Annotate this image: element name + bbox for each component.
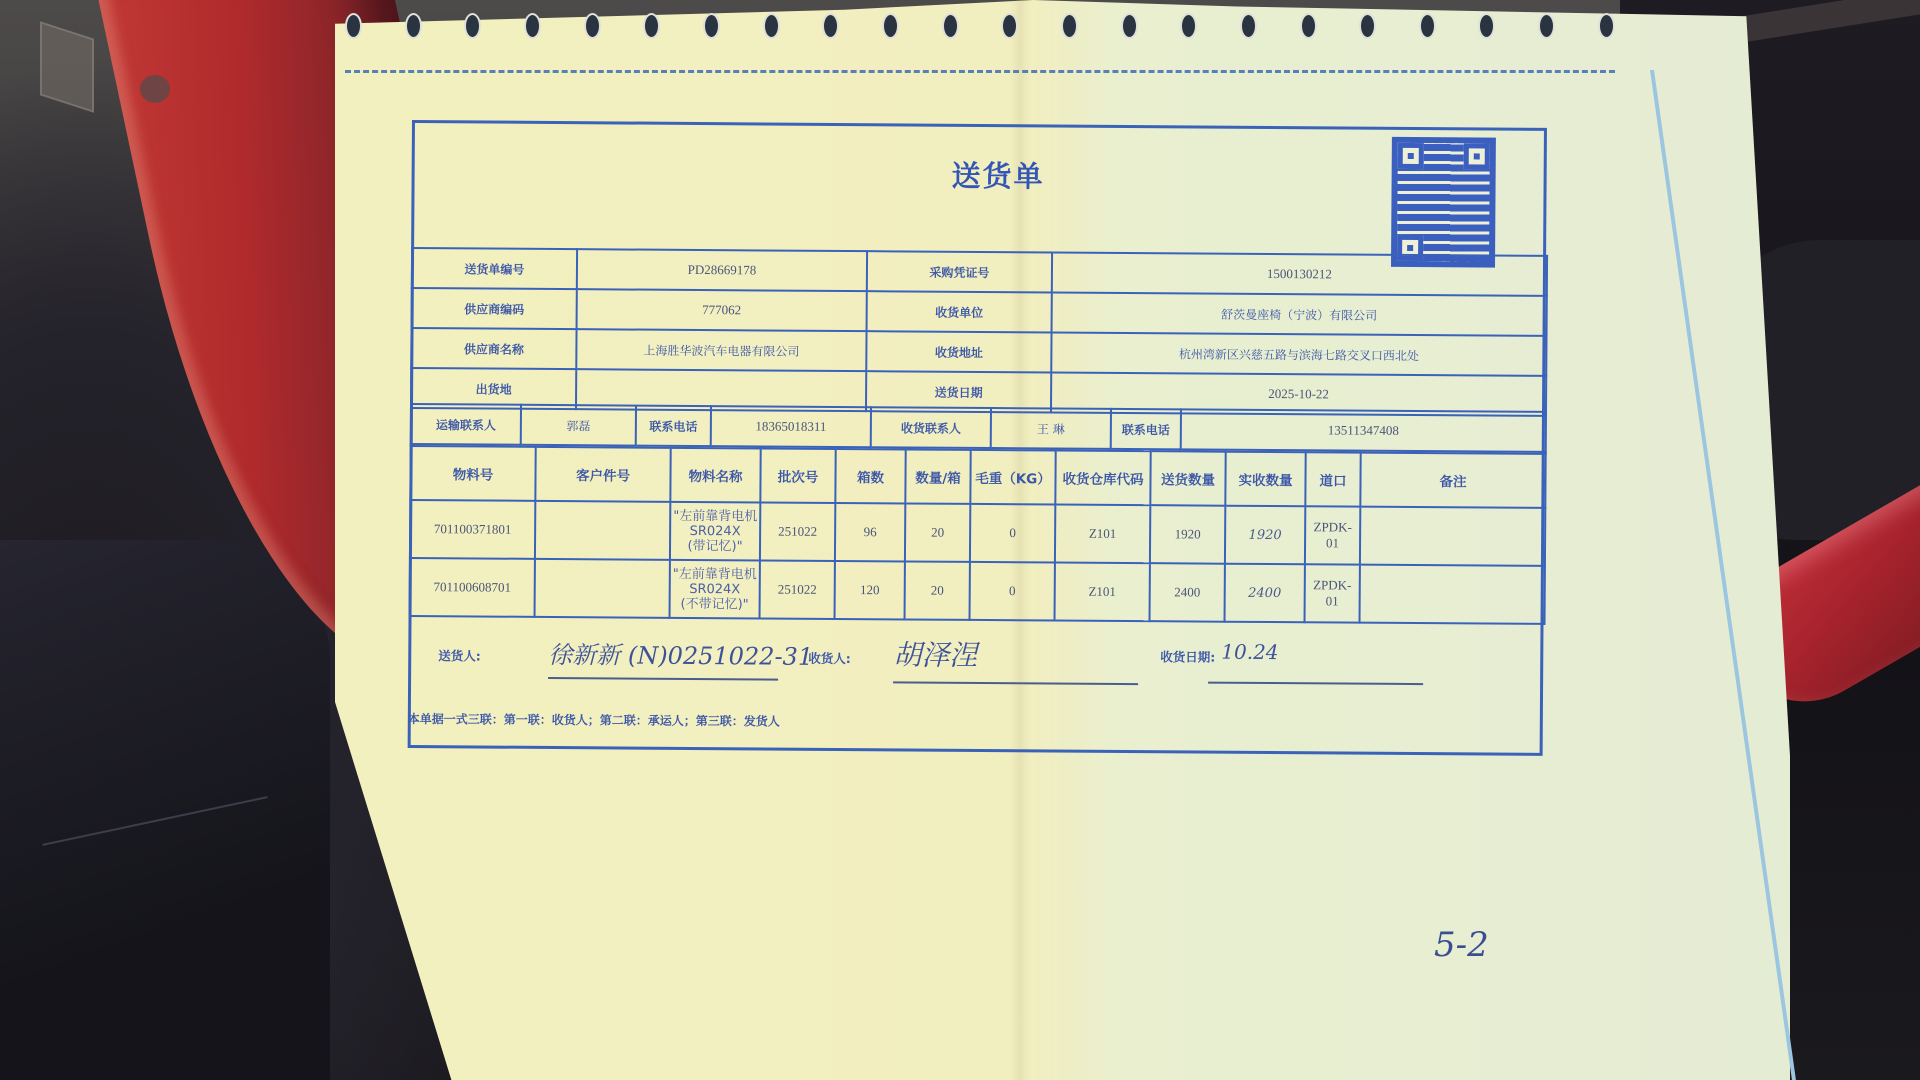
material-number: 701100371801 — [410, 500, 535, 559]
feed-hole — [1061, 13, 1078, 39]
feed-hole — [584, 13, 601, 39]
field-label: 供应商编码 — [412, 288, 577, 329]
table-row: 701100371801 "左前靠背电机 SR024X (带记忆)" 25102… — [410, 500, 1545, 566]
column-header: 物料名称 — [670, 448, 760, 503]
phone-label: 联系电话 — [636, 406, 711, 447]
handwritten-page-mark: 5-2 — [1434, 925, 1489, 965]
table-row: 701100608701 "左前靠背电机 SR024X (不带记忆)" 2510… — [410, 558, 1545, 624]
delivered-quantity: 2400 — [1150, 563, 1225, 622]
receiver-signature-line — [893, 681, 1138, 685]
column-header: 毛重（KG） — [970, 450, 1055, 505]
warehouse-code: Z101 — [1055, 562, 1150, 621]
received-quantity-handwritten: 2400 — [1225, 564, 1305, 623]
remark — [1360, 507, 1545, 566]
receive-date-label: 收货日期: — [1160, 647, 1215, 665]
receiver-phone: 13511347408 — [1181, 409, 1546, 452]
feed-hole — [524, 13, 541, 39]
column-header: 箱数 — [835, 449, 905, 503]
column-header: 数量/箱 — [905, 449, 970, 503]
receiver-contact-label: 收货联系人 — [871, 407, 991, 448]
phone-label: 联系电话 — [1111, 409, 1181, 449]
batch-number: 251022 — [760, 502, 835, 561]
gross-weight: 0 — [970, 562, 1055, 621]
column-header: 收货仓库代码 — [1055, 451, 1150, 506]
column-header: 送货数量 — [1150, 451, 1225, 506]
items-table: 物料号 客户件号 物料名称 批次号 箱数 数量/箱 毛重（KG） 收货仓库代码 … — [409, 445, 1547, 625]
feed-hole — [703, 13, 720, 39]
qr-code-icon — [1391, 137, 1496, 268]
delivery-note-form: 送货单 送货单编号 PD28669178 采购凭证号 1500130212 供应… — [408, 120, 1547, 756]
customer-part-number — [535, 501, 670, 560]
material-number: 701100608701 — [410, 558, 535, 617]
feed-hole — [882, 13, 899, 39]
material-name: "左前靠背电机 SR024X (不带记忆)" — [670, 560, 760, 619]
receive-date-value: 10.24 — [1221, 640, 1278, 664]
transport-contact-value: 郭磊 — [521, 405, 636, 446]
feed-hole — [1180, 13, 1197, 39]
tractor-feed-holes — [345, 6, 1615, 46]
items-header-row: 物料号 客户件号 物料名称 批次号 箱数 数量/箱 毛重（KG） 收货仓库代码 … — [410, 446, 1545, 508]
feed-hole — [1419, 13, 1436, 39]
supplier-code: 777062 — [577, 289, 867, 331]
feed-hole — [1300, 13, 1317, 39]
purchase-order-number: 1500130212 — [1052, 252, 1547, 295]
deliverer-signature: 徐新新 (N)0251022-31 — [548, 635, 813, 672]
feed-hole — [643, 13, 660, 39]
feed-hole — [1478, 13, 1495, 39]
delivered-quantity: 1920 — [1150, 505, 1225, 564]
form-title: 送货单 — [951, 154, 1044, 196]
column-header: 物料号 — [410, 446, 535, 501]
delivery-note-number: PD28669178 — [577, 249, 867, 291]
receiving-address: 杭州湾新区兴慈五路与滨海七路交叉口西北处 — [1051, 332, 1546, 375]
gross-weight: 0 — [970, 504, 1055, 563]
feed-hole — [1598, 13, 1615, 39]
feed-hole — [763, 13, 780, 39]
receiver-label: 收货人: — [808, 649, 851, 667]
receiving-company: 舒茨曼座椅（宁波）有限公司 — [1052, 292, 1547, 335]
feed-hole — [345, 13, 362, 39]
feed-hole — [405, 13, 422, 39]
received-quantity-handwritten: 1920 — [1225, 506, 1305, 565]
wheel-wear-spot — [140, 75, 170, 103]
batch-number: 251022 — [760, 560, 835, 619]
feed-hole — [1359, 13, 1376, 39]
column-header: 实收数量 — [1225, 452, 1305, 507]
qr-finder-icon — [1464, 143, 1490, 169]
column-header: 道口 — [1305, 452, 1360, 506]
column-header: 批次号 — [760, 448, 835, 503]
feed-hole — [1121, 13, 1138, 39]
qr-finder-icon — [1398, 143, 1424, 169]
supplier-name: 上海胜华波汽车电器有限公司 — [576, 329, 866, 371]
signature-section: 送货人: 徐新新 (N)0251022-31 收货人: 胡泽涅 收货日期: 10… — [408, 620, 1544, 704]
field-label: 采购凭证号 — [867, 251, 1052, 292]
header-fields-table: 送货单编号 PD28669178 采购凭证号 1500130212 供应商编码 … — [410, 247, 1548, 417]
copy-distribution-note: 本单据一式三联：第一联：收货人；第二联：承运人；第三联：发货人 — [408, 710, 780, 730]
field-label: 收货单位 — [867, 291, 1052, 332]
seat-left — [0, 540, 330, 1080]
material-name: "左前靠背电机 SR024X (带记忆)" — [670, 502, 760, 561]
dock-code: ZPDK-01 — [1305, 564, 1360, 622]
qty-per-box: 20 — [905, 561, 970, 619]
deliverer-signature-line — [548, 677, 778, 681]
perforation-line — [345, 70, 1615, 73]
transport-contact-label: 运输联系人 — [411, 404, 521, 445]
feed-hole — [942, 13, 959, 39]
qty-per-box: 20 — [905, 503, 970, 561]
field-label: 供应商名称 — [411, 328, 576, 369]
receive-date-line — [1208, 682, 1423, 686]
feed-hole — [464, 13, 481, 39]
receiver-signature: 胡泽涅 — [893, 633, 977, 674]
column-header: 备注 — [1360, 453, 1545, 508]
contact-row: 运输联系人 郭磊 联系电话 18365018311 收货联系人 王 琳 联系电话… — [411, 404, 1546, 452]
box-count: 96 — [835, 503, 905, 561]
feed-hole — [1240, 13, 1257, 39]
remark — [1360, 565, 1545, 624]
field-label: 收货地址 — [866, 331, 1051, 372]
feed-hole — [1001, 13, 1018, 39]
dock-code: ZPDK-01 — [1305, 506, 1360, 564]
column-header: 客户件号 — [535, 447, 670, 502]
field-label: 送货单编号 — [412, 248, 577, 289]
warehouse-code: Z101 — [1055, 505, 1150, 564]
transport-phone: 18365018311 — [711, 406, 871, 447]
customer-part-number — [535, 559, 670, 618]
deliverer-label: 送货人: — [438, 646, 481, 664]
box-count: 120 — [835, 561, 905, 619]
feed-hole — [1538, 13, 1555, 39]
feed-hole — [822, 13, 839, 39]
receiver-contact-value: 王 琳 — [991, 408, 1111, 449]
